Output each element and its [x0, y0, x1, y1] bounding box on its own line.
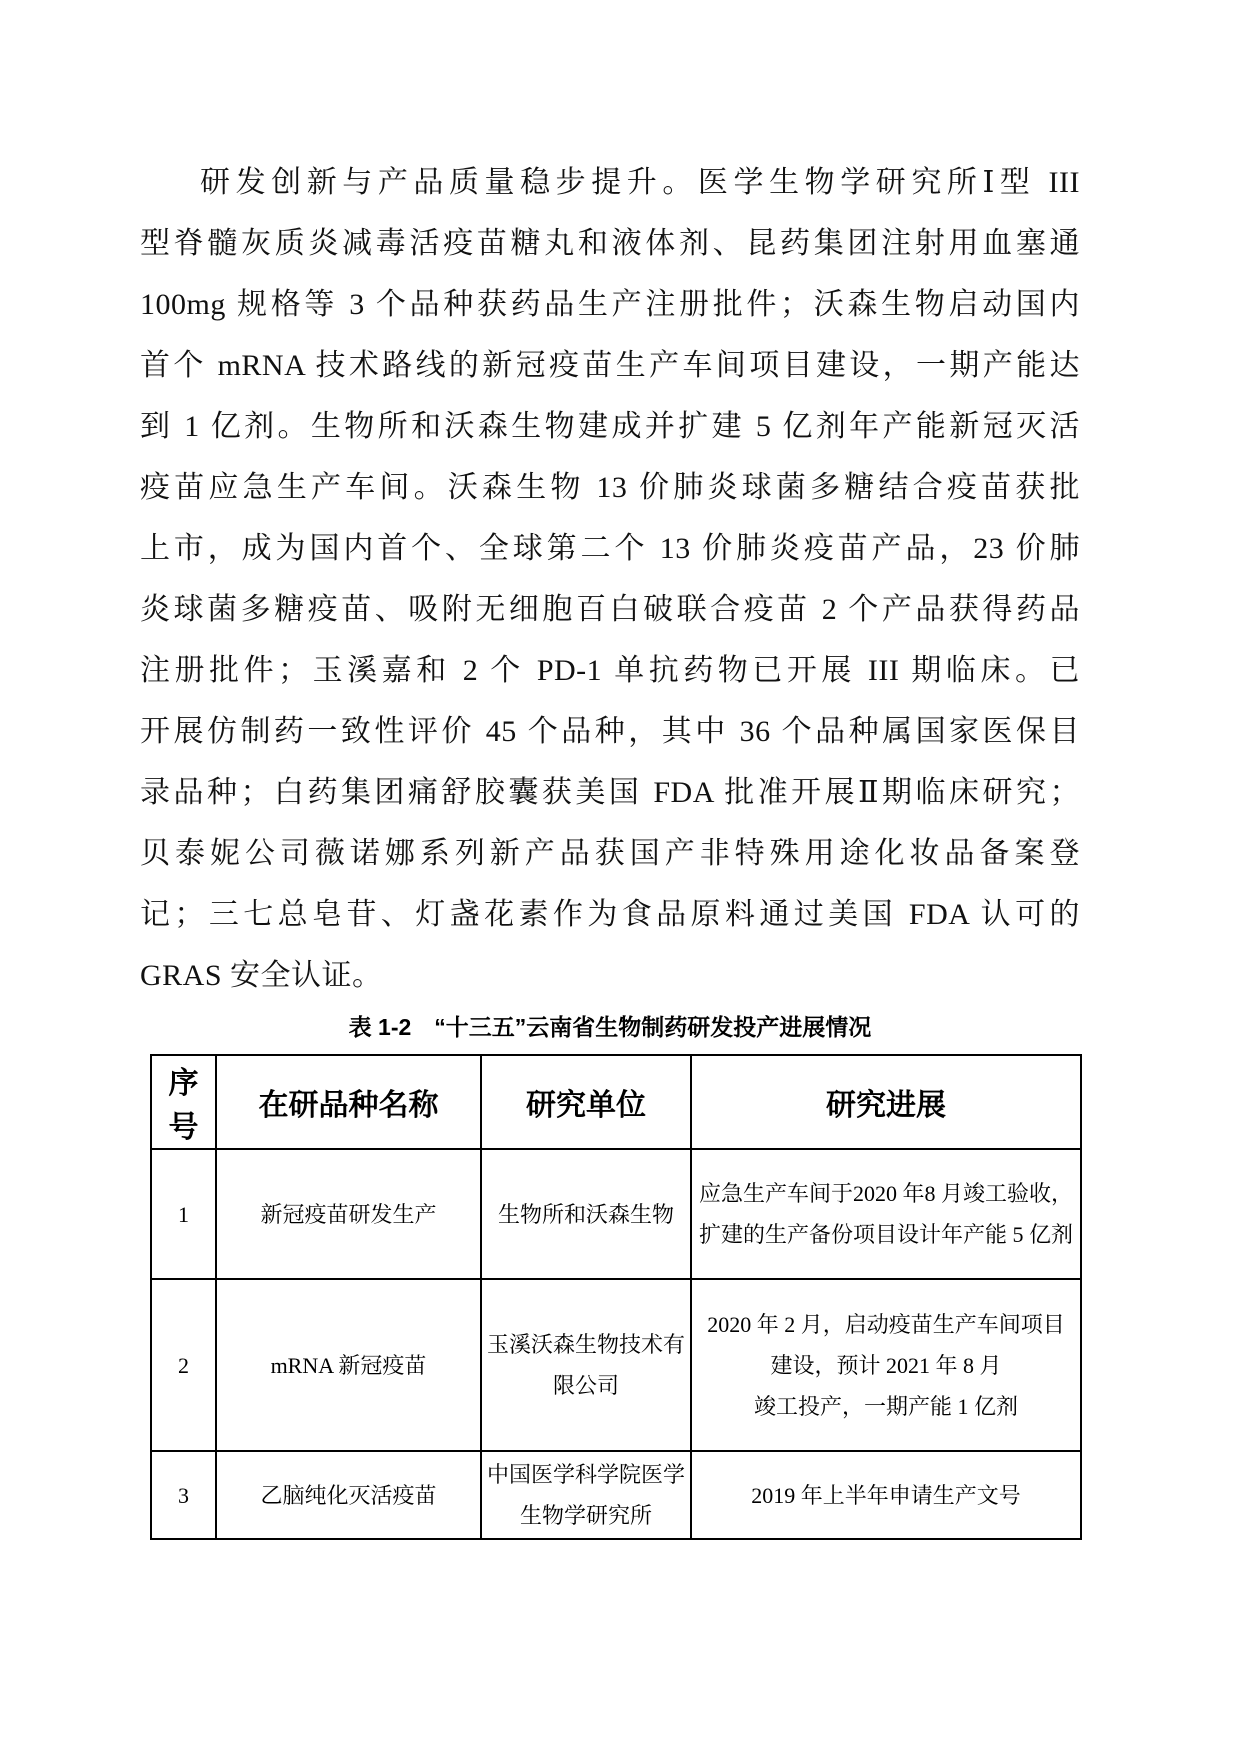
paragraph-line: 首个 mRNA 技术路线的新冠疫苗生产车间项目建设，一期产能达 [140, 335, 1080, 396]
paragraph-line: GRAS 安全认证。 [140, 945, 1080, 1006]
paragraph-line: 100mg 规格等 3 个品种获药品生产注册批件；沃森生物启动国内 [140, 274, 1080, 335]
page-content: 研发创新与产品质量稳步提升。医学生物学研究所Ⅰ型 III 型脊髓灰质炎减毒活疫苗… [140, 152, 1080, 1540]
table-row: 1 新冠疫苗研发生产 生物所和沃森生物 应急生产车间于2020 年8 月竣工验收… [151, 1149, 1081, 1279]
table-header-row: 序号 在研品种名称 研究单位 研究进展 [151, 1055, 1081, 1149]
paragraph-line: 炎球菌多糖疫苗、吸附无细胞百白破联合疫苗 2 个产品获得药品 [140, 579, 1080, 640]
paragraph-line: 开展仿制药一致性评价 45 个品种，其中 36 个品种属国家医保目 [140, 701, 1080, 762]
cell-unit: 玉溪沃森生物技术有限公司 [481, 1279, 691, 1451]
cell-name: 乙脑纯化灭活疫苗 [216, 1451, 481, 1539]
progress-table: 序号 在研品种名称 研究单位 研究进展 1 新冠疫苗研发生产 生物所和沃森生物 … [150, 1054, 1082, 1540]
table-caption: 表 1-2 “十三五”云南省生物制药研发投产进展情况 [140, 1012, 1080, 1042]
paragraph-line: 研发创新与产品质量稳步提升。医学生物学研究所Ⅰ型 III [140, 152, 1080, 213]
paragraph-line: 上市，成为国内首个、全球第二个 13 价肺炎疫苗产品，23 价肺 [140, 518, 1080, 579]
cell-unit: 生物所和沃森生物 [481, 1149, 691, 1279]
cell-serial: 1 [151, 1149, 216, 1279]
table-row: 3 乙脑纯化灭活疫苗 中国医学科学院医学生物学研究所 2019 年上半年申请生产… [151, 1451, 1081, 1539]
paragraph-line: 型脊髓灰质炎减毒活疫苗糖丸和液体剂、昆药集团注射用血塞通 [140, 213, 1080, 274]
column-header-name: 在研品种名称 [216, 1055, 481, 1149]
cell-progress: 2020 年 2 月，启动疫苗生产车间项目建设，预计 2021 年 8 月 竣工… [691, 1279, 1081, 1451]
column-header-progress: 研究进展 [691, 1055, 1081, 1149]
paragraph-line: 记；三七总皂苷、灯盏花素作为食品原料通过美国 FDA 认可的 [140, 884, 1080, 945]
cell-progress: 2019 年上半年申请生产文号 [691, 1451, 1081, 1539]
body-paragraph: 研发创新与产品质量稳步提升。医学生物学研究所Ⅰ型 III 型脊髓灰质炎减毒活疫苗… [140, 152, 1080, 1006]
paragraph-line: 注册批件；玉溪嘉和 2 个 PD-1 单抗药物已开展 III 期临床。已 [140, 640, 1080, 701]
document-page: 研发创新与产品质量稳步提升。医学生物学研究所Ⅰ型 III 型脊髓灰质炎减毒活疫苗… [0, 0, 1240, 1754]
cell-serial: 2 [151, 1279, 216, 1451]
table-row: 2 mRNA 新冠疫苗 玉溪沃森生物技术有限公司 2020 年 2 月，启动疫苗… [151, 1279, 1081, 1451]
cell-name: mRNA 新冠疫苗 [216, 1279, 481, 1451]
cell-name: 新冠疫苗研发生产 [216, 1149, 481, 1279]
column-header-serial: 序号 [151, 1055, 216, 1149]
cell-serial: 3 [151, 1451, 216, 1539]
paragraph-line: 录品种；白药集团痛舒胶囊获美国 FDA 批准开展Ⅱ期临床研究； [140, 762, 1080, 823]
cell-progress: 应急生产车间于2020 年8 月竣工验收，扩建的生产备份项目设计年产能 5 亿剂 [691, 1149, 1081, 1279]
column-header-unit: 研究单位 [481, 1055, 691, 1149]
paragraph-line: 贝泰妮公司薇诺娜系列新产品获国产非特殊用途化妆品备案登 [140, 823, 1080, 884]
paragraph-line: 疫苗应急生产车间。沃森生物 13 价肺炎球菌多糖结合疫苗获批 [140, 457, 1080, 518]
cell-unit: 中国医学科学院医学生物学研究所 [481, 1451, 691, 1539]
paragraph-line: 到 1 亿剂。生物所和沃森生物建成并扩建 5 亿剂年产能新冠灭活 [140, 396, 1080, 457]
